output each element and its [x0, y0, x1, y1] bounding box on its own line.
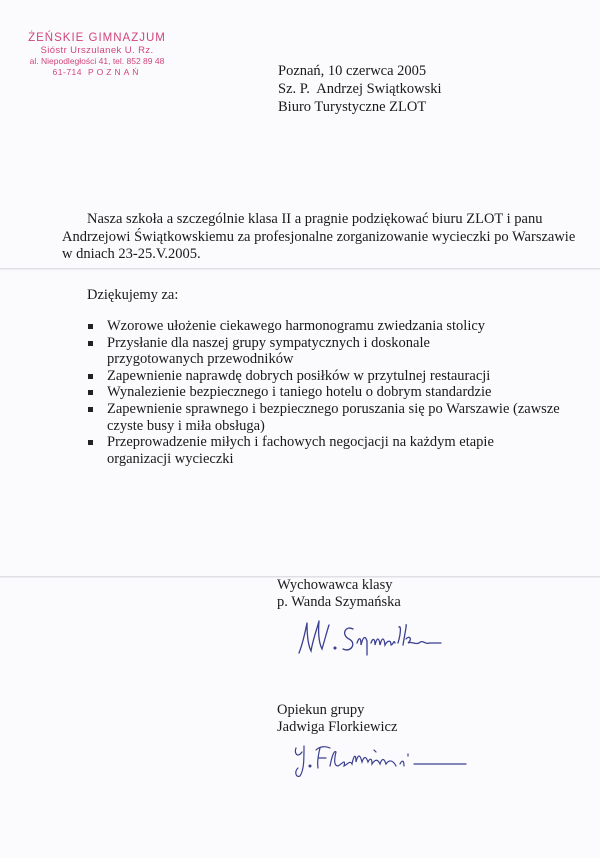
- square-bullet-icon: [88, 324, 93, 329]
- signature-role: Opiekun grupy: [277, 702, 397, 719]
- square-bullet-icon: [88, 440, 93, 445]
- address-block: Poznań, 10 czerwca 2005 Sz. P. Andrzej S…: [278, 62, 442, 116]
- signature-name: Jadwiga Florkiewicz: [277, 719, 397, 736]
- square-bullet-icon: [88, 341, 93, 346]
- thanks-list: Wzorowe ułożenie ciekawego harmonogramu …: [88, 318, 568, 467]
- signature-block-teacher: Wychowawca klasy p. Wanda Szymańska: [277, 577, 401, 611]
- list-item: Zapewnienie sprawnego i bezpiecznego por…: [88, 401, 568, 434]
- signature-name: p. Wanda Szymańska: [277, 594, 401, 611]
- recipient-name: Sz. P. Andrzej Swiątkowski: [278, 80, 442, 98]
- signature-role: Wychowawca klasy: [277, 577, 401, 594]
- intro-paragraph: Nasza szkoła a szczególnie klasa II a pr…: [62, 211, 582, 264]
- intro-text: Nasza szkoła a szczególnie klasa II a pr…: [62, 211, 575, 262]
- square-bullet-icon: [88, 407, 93, 412]
- square-bullet-icon: [88, 374, 93, 379]
- stamp-school-name: ŻEŃSKIE GIMNAZJUM: [12, 32, 182, 45]
- signature-block-guardian: Opiekun grupy Jadwiga Florkiewicz: [277, 702, 397, 736]
- paper-fold-line: [0, 268, 600, 270]
- stamp-city-line: 61-714POZNAŃ: [12, 67, 182, 78]
- square-bullet-icon: [88, 390, 93, 395]
- handwritten-signature-icon: [290, 740, 470, 780]
- recipient-company: Biuro Turystyczne ZLOT: [278, 98, 442, 116]
- stamp-city: POZNAŃ: [88, 67, 141, 77]
- list-item: Wynalezienie bezpiecznego i taniego hote…: [88, 384, 568, 401]
- list-item: Wzorowe ułożenie ciekawego harmonogramu …: [88, 318, 568, 335]
- thanks-label: Dziękujemy za:: [87, 287, 178, 304]
- list-item: Zapewnienie naprawdę dobrych posiłków w …: [88, 368, 568, 385]
- date-line: Poznań, 10 czerwca 2005: [278, 62, 442, 80]
- handwritten-signature-icon: [295, 615, 445, 660]
- stamp-order: Sióstr Urszulanek U. Rz.: [12, 45, 182, 56]
- stamp-postal-code: 61-714: [53, 67, 82, 77]
- school-stamp: ŻEŃSKIE GIMNAZJUM Sióstr Urszulanek U. R…: [12, 32, 182, 78]
- list-item: Przysłanie dla naszej grupy sympatycznyc…: [88, 335, 568, 368]
- stamp-street: al. Niepodległości 41, tel. 852 89 48: [12, 56, 182, 67]
- list-item: Przeprowadzenie miłych i fachowych negoc…: [88, 434, 568, 467]
